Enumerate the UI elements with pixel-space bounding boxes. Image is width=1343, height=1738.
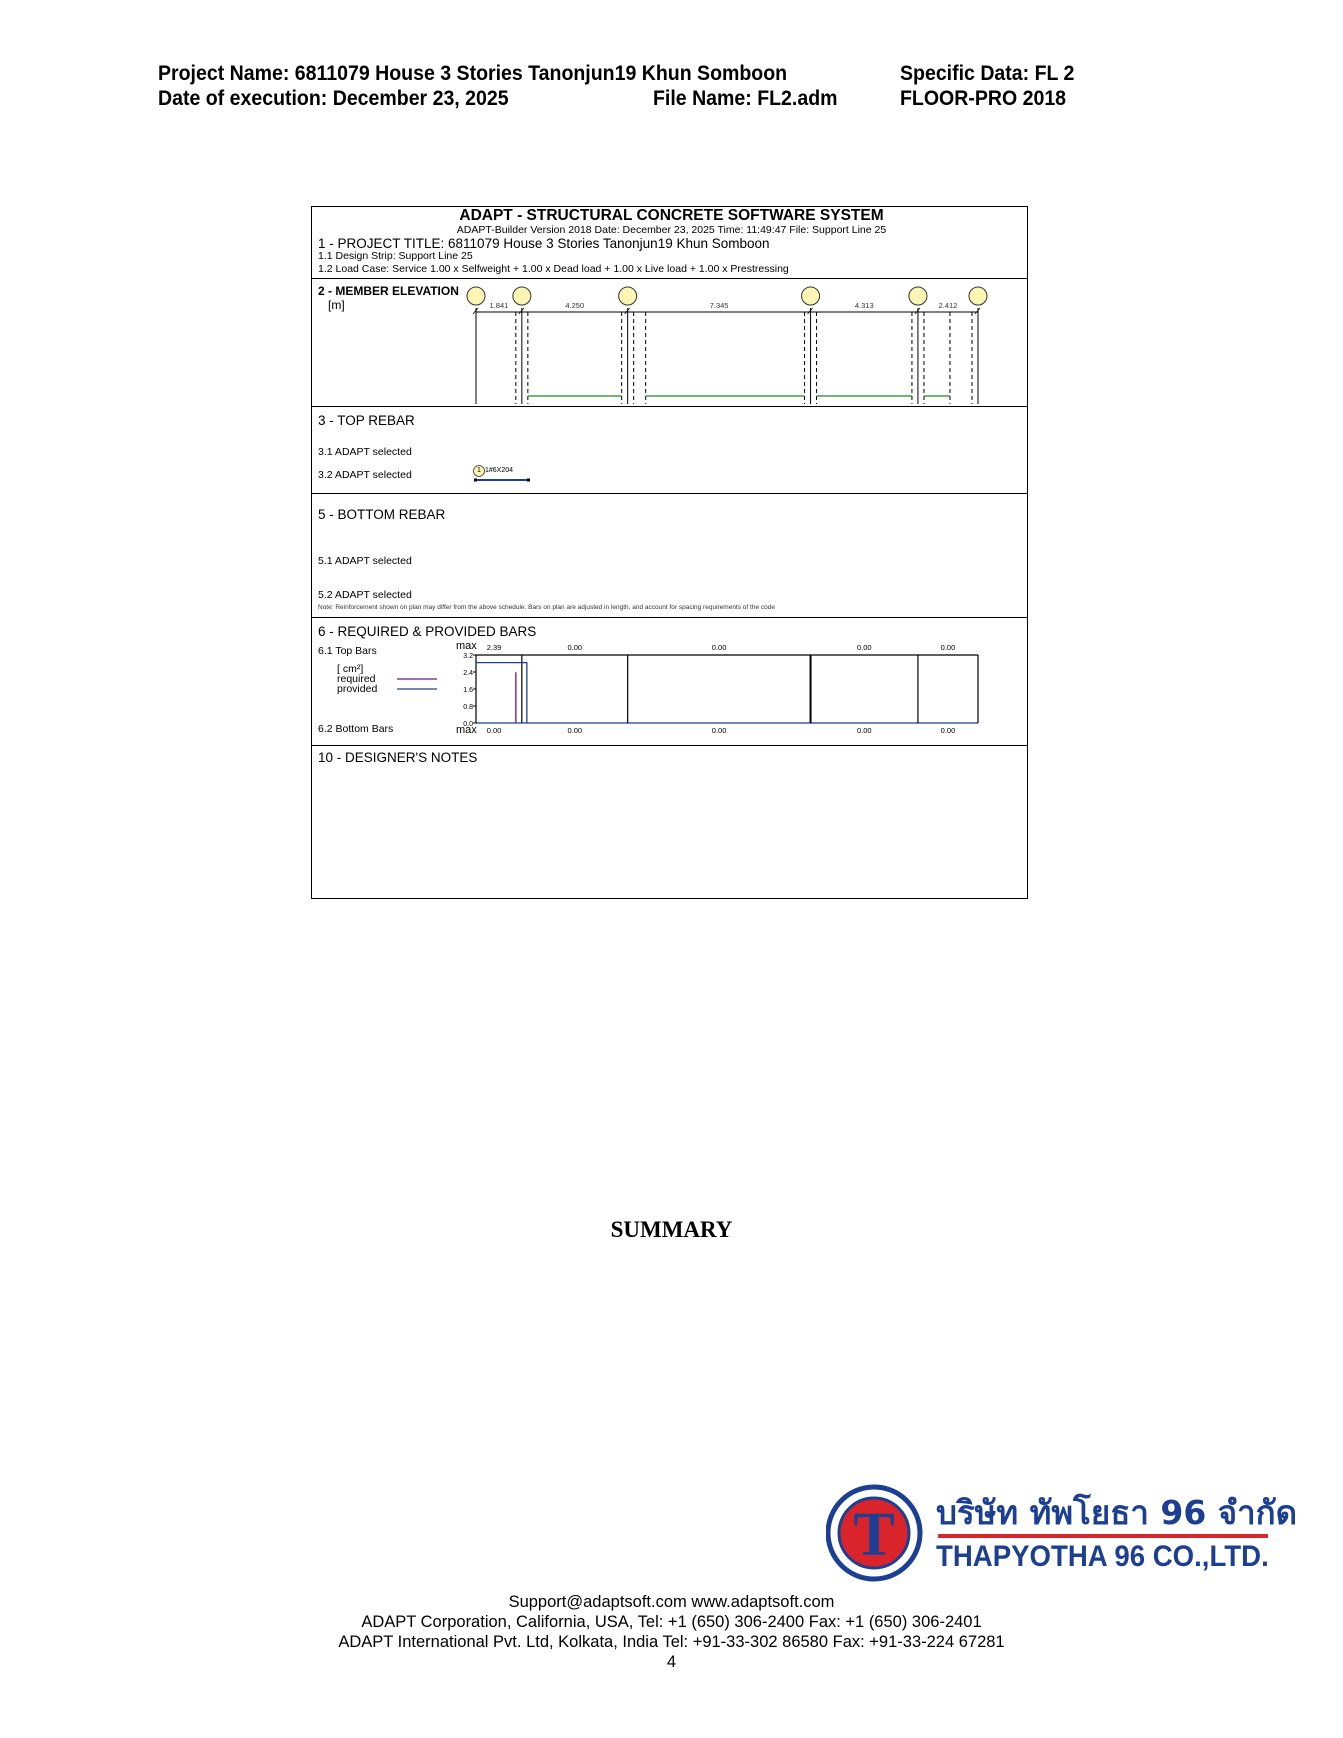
svg-text:0.00: 0.00 <box>567 726 582 735</box>
designer-notes-heading: 10 - DESIGNER'S NOTES <box>318 750 477 765</box>
svg-text:0.00: 0.00 <box>567 643 582 652</box>
svg-text:0.00: 0.00 <box>857 726 872 735</box>
svg-text:T: T <box>853 1501 894 1569</box>
footer-contact: Support@adaptsoft.com www.adaptsoft.com <box>0 1592 1343 1612</box>
svg-text:2.39: 2.39 <box>487 643 502 652</box>
svg-text:1.6: 1.6 <box>463 687 473 694</box>
svg-text:0.00: 0.00 <box>941 643 956 652</box>
svg-text:0.00: 0.00 <box>712 643 727 652</box>
company-logo: T บริษัท ทัพโยธา 96 จำกัด THAPYOTHA 96 C… <box>826 1478 1271 1588</box>
svg-text:0.00: 0.00 <box>487 726 502 735</box>
logo-thai-name: บริษัท ทัพโยธา 96 จำกัด <box>936 1486 1297 1539</box>
logo-english-name: THAPYOTHA 96 CO.,LTD. <box>936 1540 1269 1574</box>
svg-text:3.2: 3.2 <box>463 653 473 660</box>
svg-text:0.8: 0.8 <box>463 704 473 711</box>
svg-text:0.00: 0.00 <box>712 726 727 735</box>
svg-text:2.4: 2.4 <box>463 670 473 677</box>
svg-text:0.00: 0.00 <box>941 726 956 735</box>
summary-title: SUMMARY <box>0 1217 1343 1243</box>
footer-usa: ADAPT Corporation, California, USA, Tel:… <box>0 1612 1343 1632</box>
logo-divider <box>938 1534 1268 1538</box>
svg-text:0.00: 0.00 <box>857 643 872 652</box>
footer-india: ADAPT International Pvt. Ltd, Kolkata, I… <box>0 1632 1343 1652</box>
svg-text:0.0: 0.0 <box>463 721 473 728</box>
page-number: 4 <box>0 1652 1343 1672</box>
logo-t-icon: T <box>826 1478 926 1588</box>
